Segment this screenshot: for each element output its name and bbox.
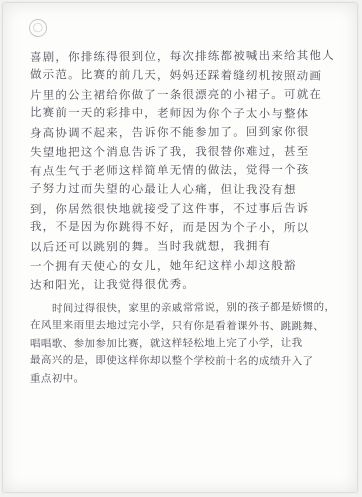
letter-line: 片里的公主裙给你做了一条很漂亮的小裙子。可就在: [30, 85, 342, 105]
handwritten-letter-text: 喜剧，你排练得很到位，每次排练都被喊出来给其他人 做示范。比赛的前几天，妈妈还踩…: [30, 47, 342, 388]
letter-line: 我，不是因为你跳得不好，而是因为个子小，所以: [30, 217, 342, 238]
letter-line: 一个拥有天使心的女儿，她年纪这样小却这般豁: [30, 256, 342, 276]
letter-line: 重点初中。: [30, 369, 342, 388]
letter-line: 喜剧，你排练得很到位，每次排练都被喊出来给其他人: [30, 46, 342, 67]
letter-line: 比赛前一天的彩排中，老师因为你个子太小与整体: [30, 103, 342, 124]
paper-sheet: ◯ 喜剧，你排练得很到位，每次排练都被喊出来给其他人 做示范。比赛的前几天，妈妈…: [3, 3, 357, 492]
letter-line: 子努力过而失望的心最让人心痛，但让我没有想: [30, 179, 342, 200]
letter-paragraph-2: 时间过得很快，家里的亲戚常常说，别的孩子都是娇惯的， 在风里来雨里去地过完小学，…: [30, 300, 342, 388]
letter-line: 达和阳光，让我觉得很优秀。: [30, 274, 342, 295]
letter-line: 身高协调不起来，告诉你不能参加了。回到家你很: [30, 122, 342, 143]
letter-line: 唱唱歌、参加参加比赛，就这样轻松地上完了小学，让我: [30, 335, 342, 354]
letter-line: 有点生气于老师这样简单无情的做法，觉得一个孩: [30, 160, 342, 181]
letter-line: 时间过得很快，家里的亲戚常常说，别的孩子都是娇惯的，: [30, 299, 342, 318]
letter-line: 做示范。比赛的前几天，妈妈还踩着缝纫机按照动画: [30, 65, 342, 86]
letter-line: 失望地把这个消息告诉了我，我很替你难过，甚至: [30, 142, 342, 162]
circled-corner-mark-icon: ◯: [28, 18, 48, 38]
letter-line: 到，你居然很快地就接受了这件事，不过事后告诉: [30, 199, 342, 219]
letter-line: 在风里来雨里去地过完小学，只有你是看着课外书、跳跳舞、: [30, 317, 342, 336]
letter-line: 最高兴的是，即使这样你却以整个学校前十名的成绩升入了: [30, 352, 342, 371]
letter-line: 以后还可以跳别的舞。当时我就想，我拥有: [30, 236, 342, 257]
letter-paragraph-1: 喜剧，你排练得很到位，每次排练都被喊出来给其他人 做示范。比赛的前几天，妈妈还踩…: [30, 47, 342, 294]
scanned-letter-page: ◯ 喜剧，你排练得很到位，每次排练都被喊出来给其他人 做示范。比赛的前几天，妈妈…: [0, 0, 362, 497]
